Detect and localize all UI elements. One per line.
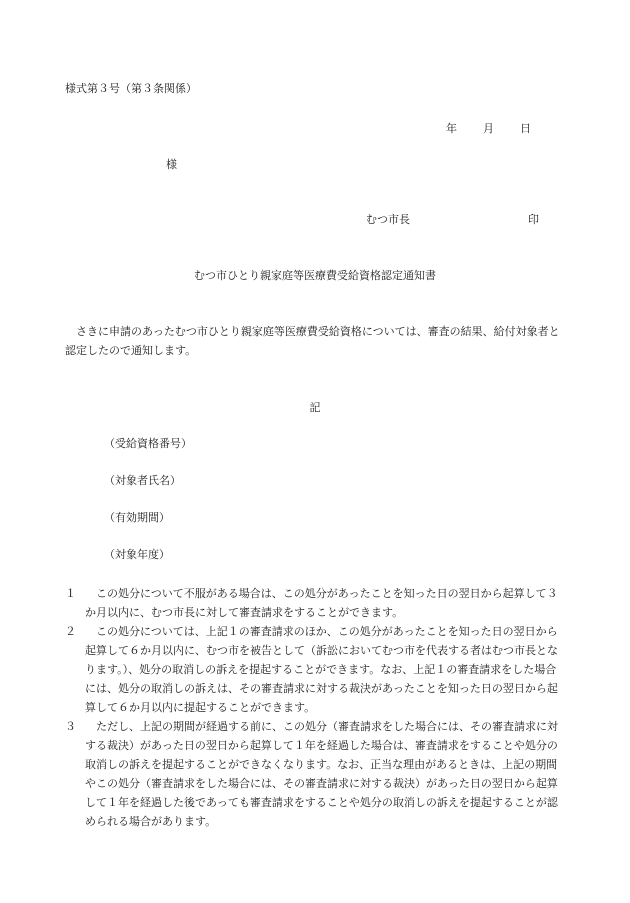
body-paragraph: さきに申請のあったむつ市ひとり親家庭等医療費受給資格については、審査の結果、給付…: [65, 322, 565, 360]
date-line: 年月日: [446, 120, 531, 136]
item-validity-period: （有効期間）: [104, 509, 192, 546]
year-label: 年: [446, 120, 483, 136]
item-subject-name: （対象者氏名）: [104, 472, 192, 509]
note-text: この処分について不服がある場合は、この処分があったことを知った日の翌日から起算し…: [73, 584, 565, 622]
item-qualification-number: （受給資格番号）: [104, 435, 192, 472]
note-item: １ この処分について不服がある場合は、この処分があったことを知った日の翌日から起…: [65, 584, 565, 622]
note-text: ただし、上記の期間が経過する前に、この処分（審査請求をした場合には、その審査請求…: [73, 717, 565, 831]
sender-name: むつ市長: [366, 211, 410, 227]
ki-label: 記: [0, 399, 630, 415]
addressee-suffix: 様: [166, 156, 177, 172]
month-label: 月: [483, 120, 520, 136]
item-fiscal-year: （対象年度）: [104, 546, 192, 583]
notes-list: １ この処分について不服がある場合は、この処分があったことを知った日の翌日から起…: [65, 584, 565, 831]
day-label: 日: [520, 120, 531, 136]
item-list: （受給資格番号） （対象者氏名） （有効期間） （対象年度）: [104, 435, 192, 583]
form-number: 様式第３号（第３条関係）: [65, 80, 197, 96]
seal-label: 印: [528, 211, 539, 227]
document-title: むつ市ひとり親家庭等医療費受給資格認定通知書: [0, 267, 630, 283]
note-text: この処分については、上記１の審査請求のほか、この処分があったことを知った日の翌日…: [73, 622, 565, 717]
note-item: ３ ただし、上記の期間が経過する前に、この処分（審査請求をした場合には、その審査…: [65, 717, 565, 831]
note-item: ２ この処分については、上記１の審査請求のほか、この処分があったことを知った日の…: [65, 622, 565, 717]
